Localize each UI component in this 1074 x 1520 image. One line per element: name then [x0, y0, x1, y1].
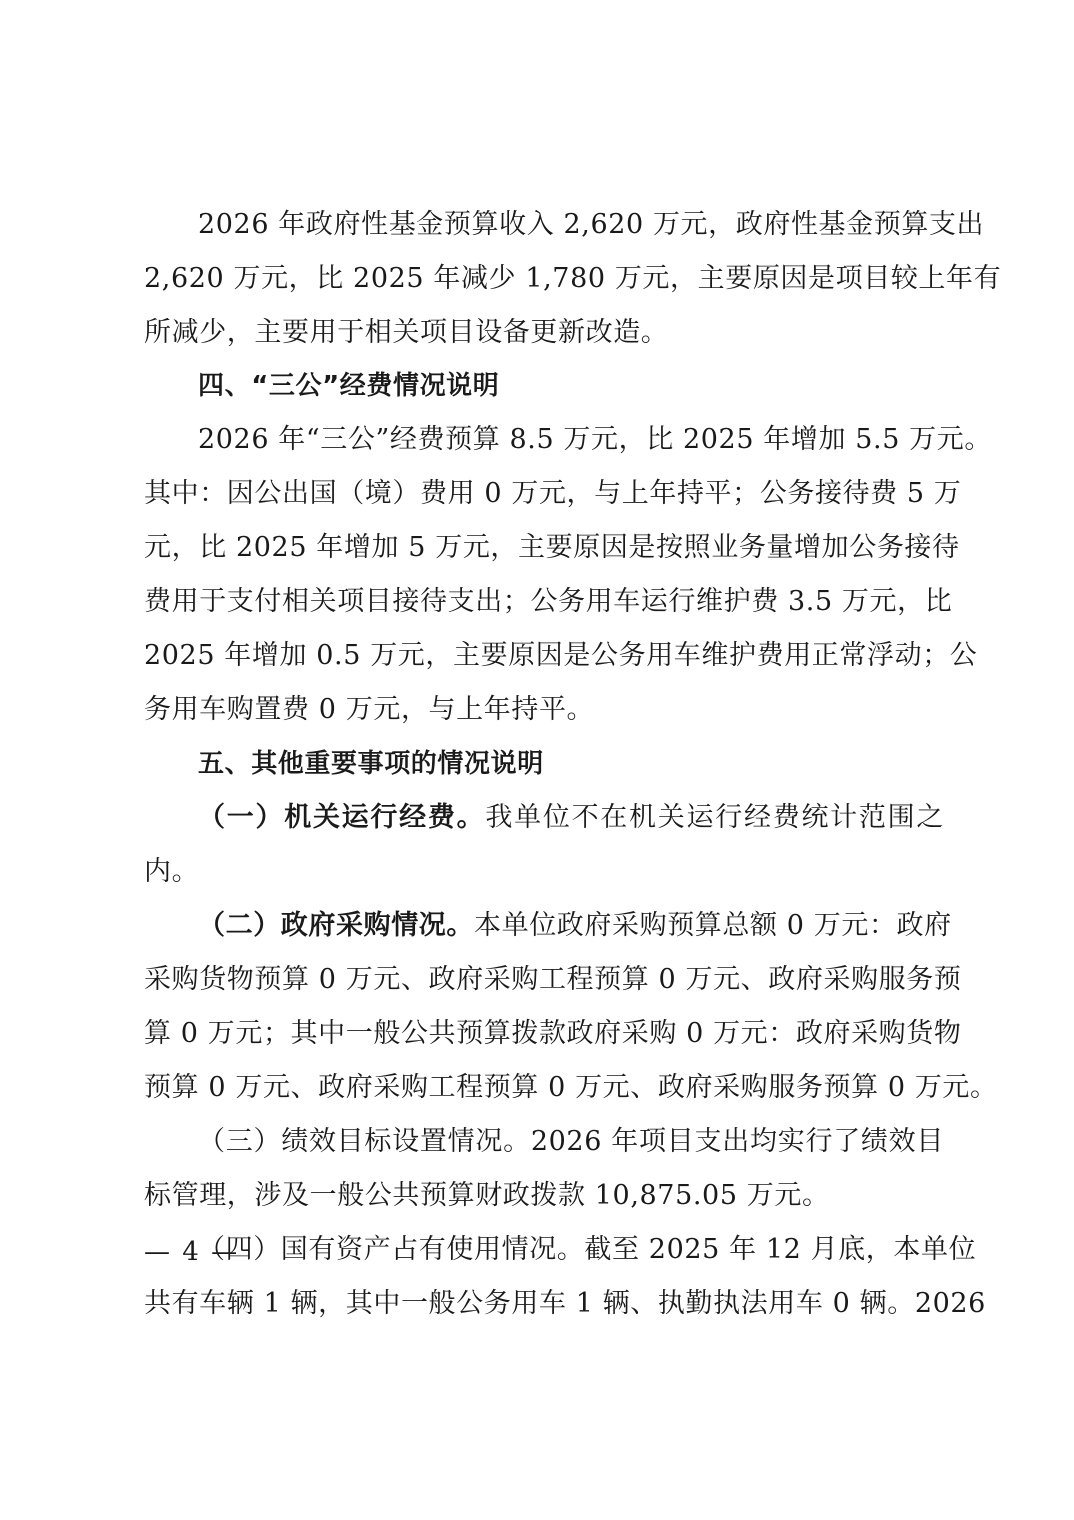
subsection-item-3: （三）绩效目标设置情况。2026 年项目支出均实行了绩效目	[198, 1124, 944, 1160]
subsection-title: （四）国有资产占有使用情况。	[198, 1234, 584, 1265]
paragraph-line: 其中：因公出国（境）费用 0 万元，与上年持平；公务接待费 5 万	[144, 476, 944, 512]
paragraph-line: 共有车辆 1 辆，其中一般公务用车 1 辆、执勤执法用车 0 辆。2026	[144, 1286, 944, 1322]
subsection-text: 本单位政府采购预算总额 0 万元：政府	[474, 910, 952, 941]
subsection-item-1: （一）机关运行经费。我单位不在机关运行经费统计范围之	[198, 800, 944, 836]
paragraph-line: 务用车购置费 0 万元，与上年持平。	[144, 692, 944, 728]
subsection-text: 我单位不在机关运行经费统计范围之	[485, 802, 944, 833]
paragraph-line: 采购货物预算 0 万元、政府采购工程预算 0 万元、政府采购服务预	[144, 962, 944, 998]
section-heading-four: 四、“三公”经费情况说明	[198, 368, 944, 404]
page-number-label: — 4 —	[144, 1234, 239, 1270]
subsection-text: 2026 年项目支出均实行了绩效目	[531, 1126, 944, 1157]
paragraph-line: 所减少，主要用于相关项目设备更新改造。	[144, 315, 944, 351]
paragraph-line: 2026 年“三公”经费预算 8.5 万元，比 2025 年增加 5.5 万元。	[198, 422, 944, 458]
paragraph-line: 2025 年增加 0.5 万元，主要原因是公务用车维护费用正常浮动；公	[144, 638, 944, 674]
paragraph-line: 2,620 万元，比 2025 年减少 1,780 万元，主要原因是项目较上年有	[144, 261, 944, 297]
subsection-title: （二）政府采购情况。	[198, 910, 474, 941]
subsection-item-4: （四）国有资产占有使用情况。截至 2025 年 12 月底，本单位	[198, 1232, 944, 1268]
subsection-title: （三）绩效目标设置情况。	[198, 1126, 531, 1157]
subsection-text: 截至 2025 年 12 月底，本单位	[584, 1234, 976, 1265]
paragraph-line: 元，比 2025 年增加 5 万元，主要原因是按照业务量增加公务接待	[144, 530, 944, 566]
paragraph-line: 预算 0 万元、政府采购工程预算 0 万元、政府采购服务预算 0 万元。	[144, 1070, 956, 1106]
paragraph-line: 算 0 万元；其中一般公共预算拨款政府采购 0 万元：政府采购货物	[144, 1016, 944, 1052]
section-heading-five: 五、其他重要事项的情况说明	[198, 746, 944, 782]
paragraph-line: 内。	[144, 854, 944, 890]
document-page: 2026 年政府性基金预算收入 2,620 万元，政府性基金预算支出 2,620…	[0, 0, 1074, 1520]
paragraph-line: 标管理，涉及一般公共预算财政拨款 10,875.05 万元。	[144, 1178, 944, 1214]
paragraph-line: 费用于支付相关项目接待支出；公务用车运行维护费 3.5 万元，比	[144, 584, 944, 620]
paragraph-line: 2026 年政府性基金预算收入 2,620 万元，政府性基金预算支出	[198, 207, 944, 243]
subsection-item-2: （二）政府采购情况。本单位政府采购预算总额 0 万元：政府	[198, 908, 944, 944]
subsection-title: （一）机关运行经费。	[198, 802, 485, 833]
